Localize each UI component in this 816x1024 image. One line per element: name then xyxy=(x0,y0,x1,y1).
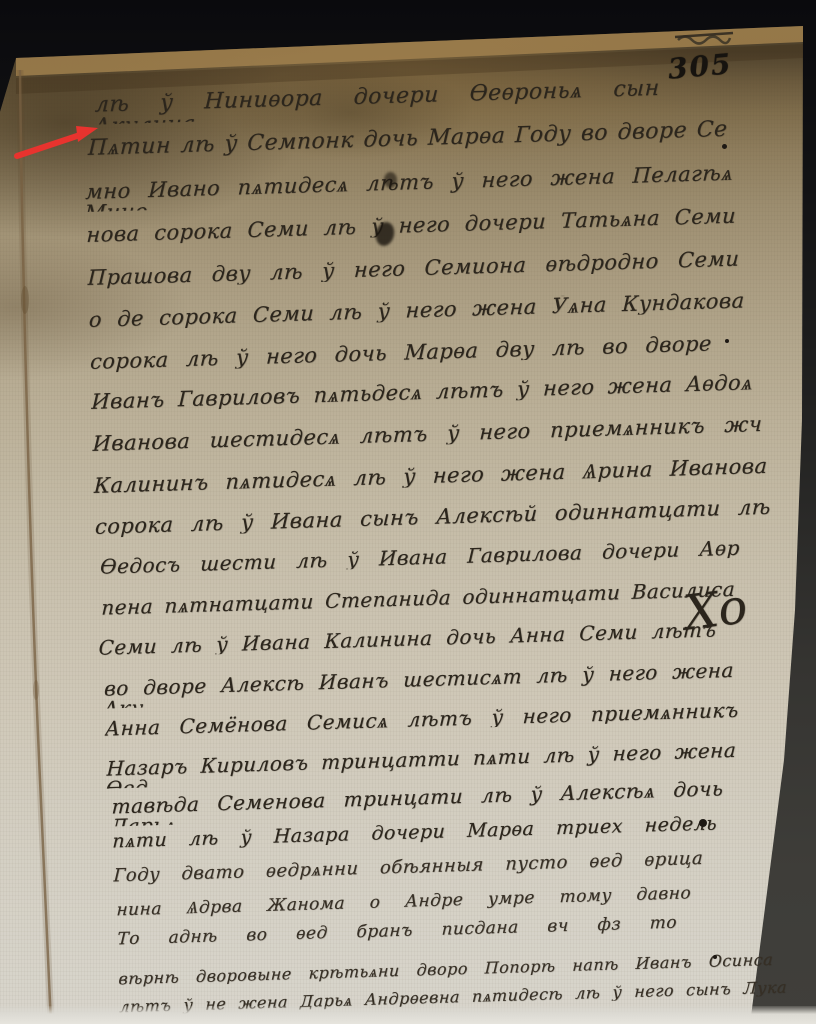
manuscript-line: Прашова дву лѣ ў него Семиона ѳѣдродно С… xyxy=(87,249,740,289)
manuscript-line: сорока лѣ ў него дочь Марѳа дву лѣ во дв… xyxy=(90,333,713,372)
ink-dot xyxy=(722,144,727,149)
manuscript-line: Ѳедосъ шести лѣ ў Ивана Гаврилова дочери… xyxy=(100,538,741,577)
ink-dot xyxy=(699,819,707,827)
manuscript-line: лѣ ў Ниниѳора дочери Ѳеѳроньѧ сын Акулин… xyxy=(94,78,660,125)
manuscript-line: Иванова шестидесѧ лѣтъ ў него приемѧнник… xyxy=(92,414,763,455)
manuscript-line: нина Ѧдрва Жанома о Андре умре тому давн… xyxy=(116,885,691,919)
ink-dot xyxy=(713,955,717,959)
manuscript-line: во дворе Алексѣ Иванъ шестисѧт лѣ ў него… xyxy=(103,660,734,709)
manuscript-line: пена пѧтнатцати Степанида одиннатцати Ва… xyxy=(101,579,736,618)
manuscript-text: лѣ ў Ниниѳора дочери Ѳеѳроньѧ сын Акулин… xyxy=(82,68,799,1018)
marginal-ho-mark: Хо xyxy=(681,582,749,637)
manuscript-line: Калининъ пѧтидесѧ лѣ ў него жена Ѧрина И… xyxy=(93,456,768,497)
manuscript-line: нова сорока Семи лѣ ў него дочери Татьѧн… xyxy=(86,206,737,246)
manuscript-line: Иванъ Гавриловъ пѧтьдесѧ лѣтъ ў него жен… xyxy=(91,372,754,413)
manuscript-line: мно Ивано пѧтидесѧ лѣтъ ў него жена Пела… xyxy=(85,163,734,212)
ink-dot xyxy=(725,339,729,343)
manuscript-line: о де сорока Семи лѣ ў него жена Ўѧна Кун… xyxy=(88,290,745,330)
manuscript-line: То аднѣ во ѳед бранъ писдана вч фз то xyxy=(117,915,677,949)
photo-bottom-edge xyxy=(0,1006,816,1024)
photograph-of-manuscript: 305 лѣ ў Ниниѳора дочери Ѳеѳроньѧ сын Ак… xyxy=(0,0,816,1024)
manuscript-line: Пѧтин лѣ ў Семпонк дочь Марѳа Году во дв… xyxy=(87,119,728,160)
manuscript-line: сорока лѣ ў Ивана сынъ Алексѣй одиннатца… xyxy=(95,497,772,538)
ink-smudge xyxy=(384,172,397,188)
manuscript-line: Году двато ѳедрѧнни обѣянныя пусто ѳед ѳ… xyxy=(113,850,703,886)
manuscript-line: Семи лѣ ў Ивана Калинина дочь Анна Семи … xyxy=(98,619,717,657)
